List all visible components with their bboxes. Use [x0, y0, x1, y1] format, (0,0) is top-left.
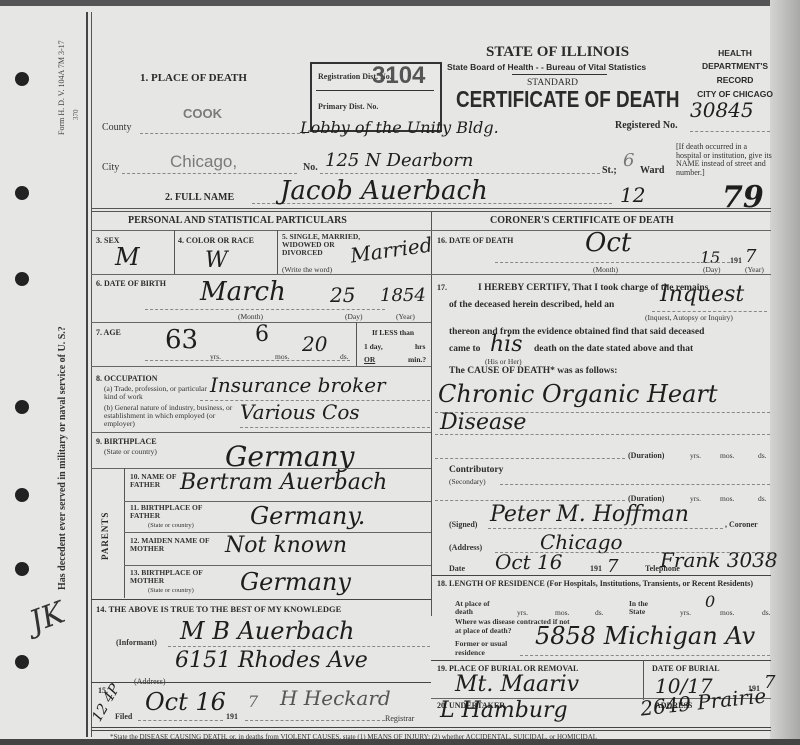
military-question: Has decedent ever served in military or …	[57, 326, 68, 590]
print-code: 370	[72, 110, 80, 121]
county-value: COOK	[183, 106, 222, 121]
cause-heading: The CAUSE OF DEATH* was as follows:	[449, 366, 617, 376]
dod-year-value: 7	[745, 246, 756, 267]
state-heading: STATE OF ILLINOIS	[486, 44, 629, 61]
contrib-ds: ds.	[758, 494, 767, 503]
cause-line-2: Disease	[440, 410, 526, 435]
place-of-death-heading: 1. PLACE OF DEATH	[140, 72, 247, 84]
occ-a-label: (a) Trade, profession, or particular kin…	[104, 385, 214, 401]
secondary-hint: (Secondary)	[449, 477, 486, 486]
ward-value: 6	[623, 150, 634, 171]
burial-year-value: 7	[764, 672, 775, 693]
birthplace-hint: (State or country)	[104, 447, 157, 456]
age-months: 6	[255, 322, 269, 347]
punch-hole	[15, 488, 29, 502]
if-less-label: If LESS than	[372, 328, 414, 337]
or-label: OR	[364, 355, 375, 364]
filed-year-value: 7	[248, 692, 258, 711]
marital-hint: (Write the word)	[282, 265, 332, 274]
health-dept-line3: RECORD	[700, 75, 770, 85]
dod-day-hint: (Day)	[703, 265, 721, 274]
signed-label: (Signed)	[449, 520, 477, 529]
institution-note: [If death occurred in a hospital or inst…	[676, 143, 772, 177]
name-mark-2: 79	[722, 180, 764, 215]
former-residence-value: 5858 Michigan Av	[535, 622, 755, 650]
cause-mos: mos.	[720, 451, 734, 460]
punch-hole	[15, 272, 29, 286]
sex-value: M	[115, 243, 140, 271]
undertaker-value: L Hamburg	[440, 698, 568, 723]
city-value: Chicago,	[170, 152, 237, 172]
father-name-value: Bertram Auerbach	[180, 470, 387, 495]
informant-heading: 14. THE ABOVE IS TRUE TO THE BEST OF MY …	[96, 604, 341, 614]
signed-value: Peter M. Hoffman	[490, 502, 689, 527]
in-state-label: In the State	[629, 600, 665, 616]
mother-birthplace-label: 13. BIRTHPLACE OF MOTHER	[130, 569, 210, 585]
one-day-label: 1 day,	[364, 342, 383, 351]
dod-label: 16. DATE OF DEATH	[437, 236, 513, 245]
coroner-date-label: Date	[449, 564, 465, 573]
age-label: 7. AGE	[96, 328, 121, 337]
inquest-value: Inquest	[660, 282, 744, 307]
dod-year-prefix: 191	[730, 256, 742, 265]
city-label: City	[102, 163, 119, 172]
cert-number: 17.	[437, 283, 447, 292]
occ-b-label: (b) General nature of industry, business…	[104, 404, 234, 428]
board-heading: State Board of Health - - Bureau of Vita…	[447, 62, 646, 72]
dod-year-hint: (Year)	[745, 265, 764, 274]
reg-dist-value: 3104	[372, 62, 425, 90]
state-mos: mos.	[720, 608, 734, 617]
dob-month: March	[200, 277, 286, 307]
state-yrs: yrs.	[680, 608, 691, 617]
burial-place-value: Mt. Maariv	[455, 672, 579, 697]
dod-month: Oct	[585, 228, 631, 258]
street-no-label: No.	[303, 163, 318, 172]
age-years: 63	[165, 325, 198, 355]
min-label: min.?	[408, 355, 426, 364]
year-hint: (Year)	[396, 312, 415, 321]
day-hint: (Day)	[345, 312, 363, 321]
coroner-year-value: 7	[607, 556, 618, 577]
place-mos: mos.	[555, 608, 569, 617]
dod-month-hint: (Month)	[593, 265, 618, 274]
punch-hole	[15, 655, 29, 669]
punch-hole	[15, 400, 29, 414]
cause-yrs: yrs.	[690, 451, 701, 460]
father-birthplace-value: Germany.	[250, 502, 365, 530]
cause-duration-label: (Duration)	[628, 451, 664, 460]
occ-a-value: Insurance broker	[210, 373, 386, 397]
occupation-label: 8. OCCUPATION	[96, 374, 157, 383]
inquest-hint: (Inquest, Autopsy or Inquiry)	[645, 313, 733, 322]
institution-value: Lobby of the Unity Bldg.	[300, 118, 499, 137]
registrar-signature: H Heckard	[280, 686, 391, 710]
informant-address-value: 6151 Rhodes Ave	[175, 648, 368, 673]
full-name-value: Jacob Auerbach	[280, 176, 488, 206]
frame-left	[86, 12, 88, 737]
center-divider	[431, 211, 432, 616]
burial-date-label: DATE OF BURIAL	[652, 664, 720, 673]
coroner-date-value: Oct 16	[495, 550, 562, 574]
punch-hole	[15, 72, 29, 86]
street-value: 125 N Dearborn	[325, 150, 474, 171]
filed-date: Oct 16	[145, 688, 226, 716]
former-residence-label: Former or usual residence	[455, 640, 525, 657]
st-label: St.;	[602, 165, 617, 176]
full-name-label: 2. FULL NAME	[165, 192, 234, 203]
coroner-address-label: (Address)	[449, 543, 482, 552]
at-place-label: At place of death	[455, 600, 495, 616]
punch-hole	[15, 186, 29, 200]
his-value: his	[490, 332, 523, 357]
cause-ds: ds.	[758, 451, 767, 460]
registrar-label: Registrar	[385, 714, 414, 723]
filed-label: Filed	[115, 712, 132, 721]
dob-year: 1854	[380, 285, 426, 306]
telephone-value: Frank 3038	[660, 548, 778, 572]
health-dept-line2: DEPARTMENT'S	[690, 61, 780, 71]
month-hint: (Month)	[238, 312, 263, 321]
scan-bottom-edge	[0, 739, 800, 745]
cert-line-2: of the deceased herein described, held a…	[449, 300, 614, 310]
contributory-label: Contributory	[449, 465, 503, 475]
race-label: 4. COLOR OR RACE	[178, 236, 254, 245]
informant-value: M B Auerbach	[180, 617, 355, 645]
coroner-year-prefix: 191	[590, 564, 602, 573]
frame-left-inner	[91, 12, 92, 737]
contrib-mos: mos.	[720, 494, 734, 503]
cert-line-4a: came to	[449, 344, 480, 354]
name-mark-1: 12	[620, 183, 645, 207]
birthplace-label: 9. BIRTHPLACE	[96, 437, 157, 446]
father-birthplace-label: 11. BIRTHPLACE OF FATHER	[130, 504, 210, 520]
health-dept-line1: HEALTH	[700, 48, 770, 58]
cert-line-4b: death on the date stated above and that	[534, 344, 693, 354]
personal-heading: PERSONAL AND STATISTICAL PARTICULARS	[128, 215, 347, 226]
certificate-title: CERTIFICATE OF DEATH	[456, 86, 680, 113]
mother-maiden-value: Not known	[225, 533, 347, 558]
race-value: W	[205, 248, 228, 273]
ward-label: Ward	[640, 165, 664, 176]
parents-label: PARENTS	[100, 512, 110, 560]
dob-label: 6. DATE OF BIRTH	[96, 279, 166, 288]
punch-hole	[15, 562, 29, 576]
state-mos-value: 0	[705, 592, 715, 611]
mother-birthplace-value: Germany	[240, 568, 351, 596]
his-hint: (His or Her)	[485, 357, 522, 366]
dob-day: 25	[330, 283, 355, 307]
contrib-yrs: yrs.	[690, 494, 701, 503]
coroner-title: , Coroner	[725, 520, 758, 529]
occ-b-value: Various Cos	[240, 400, 360, 424]
father-birthplace-hint: (State or country)	[148, 521, 194, 530]
scan-right-edge	[770, 0, 800, 745]
state-ds: ds.	[762, 608, 771, 617]
mother-maiden-label: 12. MAIDEN NAME OF MOTHER	[130, 537, 210, 553]
health-dept-number: 30845	[690, 98, 754, 122]
cause-line-1: Chronic Organic Heart	[438, 380, 718, 408]
mother-birthplace-hint: (State or country)	[148, 586, 194, 595]
registered-no-label: Registered No.	[615, 120, 678, 131]
coroner-heading: CORONER'S CERTIFICATE OF DEATH	[490, 215, 674, 226]
place-yrs: yrs.	[517, 608, 528, 617]
informant-label: (Informant)	[116, 638, 157, 647]
cert-line-3: thereon and from the evidence obtained f…	[449, 327, 704, 337]
filed-year-prefix: 191	[226, 712, 238, 721]
place-ds: ds.	[595, 608, 604, 617]
hrs-label: hrs	[415, 342, 425, 351]
county-label: County	[102, 123, 131, 132]
primary-dist-label: Primary Dist. No.	[318, 102, 378, 111]
form-number: Form H. D. V. 104A 7M 3-17	[57, 40, 66, 135]
age-days: 20	[302, 332, 327, 356]
residence-heading: 18. LENGTH OF RESIDENCE (For Hospitals, …	[437, 579, 767, 588]
